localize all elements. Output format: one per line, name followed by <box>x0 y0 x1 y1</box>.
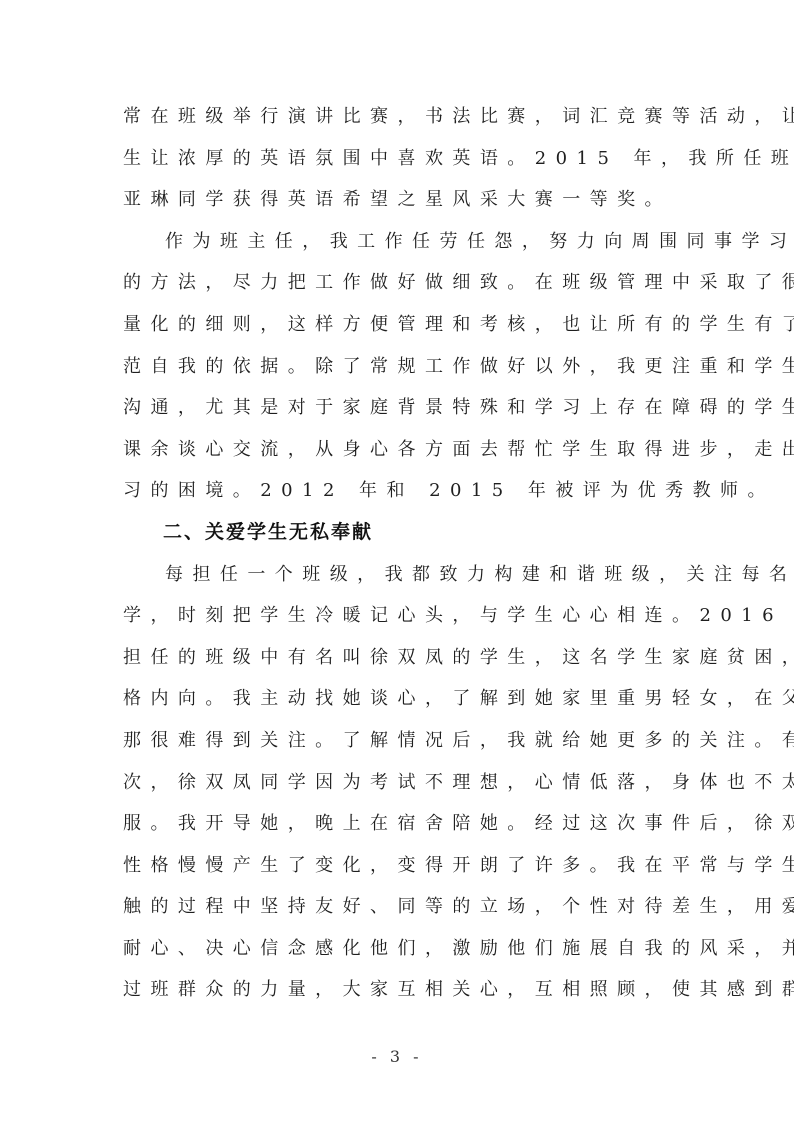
text-line: 量化的细则，这样方便管理和考核，也让所有的学生有了规 <box>123 304 683 346</box>
text-line: 课余谈心交流，从身心各方面去帮忙学生取得进步，走出学 <box>123 429 683 471</box>
text-line: 服。我开导她，晚上在宿舍陪她。经过这次事件后，徐双凤 <box>123 803 683 845</box>
text-line: 习的困境。2012 年和 2015 年被评为优秀教师。 <box>123 470 683 512</box>
text-line: 范自我的依据。除了常规工作做好以外，我更注重和学生多 <box>123 346 683 388</box>
text-line: 常在班级举行演讲比赛，书法比赛，词汇竞赛等活动，让学 <box>123 96 683 138</box>
text-line: 过班群众的力量，大家互相关心，互相照顾，使其感到群众 <box>123 969 683 1011</box>
section-heading: 二、关爱学生无私奉献 <box>123 512 683 554</box>
text-line: 生让浓厚的英语氛围中喜欢英语。2015 年，我所任班级的胡 <box>123 138 683 180</box>
text-line: 亚琳同学获得英语希望之星风采大赛一等奖。 <box>123 179 683 221</box>
text-line: 学，时刻把学生冷暖记心头，与学生心心相连。2016 年我所 <box>123 595 683 637</box>
page-number: - 3 - <box>0 1047 794 1066</box>
paragraph-start-line: 作为班主任，我工作任劳任怨，努力向周围同事学习好 <box>123 221 683 263</box>
text-line: 性格慢慢产生了变化，变得开朗了许多。我在平常与学生接 <box>123 845 683 887</box>
text-line: 耐心、决心信念感化他们，激励他们施展自我的风采，并透 <box>123 928 683 970</box>
paragraph-start-line: 每担任一个班级，我都致力构建和谐班级，关注每名同 <box>123 554 683 596</box>
text-line: 的方法，尽力把工作做好做细致。在班级管理中采取了很多 <box>123 262 683 304</box>
text-line: 担任的班级中有名叫徐双凤的学生，这名学生家庭贫困，性 <box>123 637 683 679</box>
text-line: 那很难得到关注。了解情况后，我就给她更多的关注。有一 <box>123 720 683 762</box>
text-line: 沟通，尤其是对于家庭背景特殊和学习上存在障碍的学生， <box>123 387 683 429</box>
text-line: 触的过程中坚持友好、同等的立场，个性对待差生，用爱心、 <box>123 886 683 928</box>
text-line: 次，徐双凤同学因为考试不理想，心情低落，身体也不太舒 <box>123 762 683 804</box>
document-body: 常在班级举行演讲比赛，书法比赛，词汇竞赛等活动，让学 生让浓厚的英语氛围中喜欢英… <box>123 96 683 1011</box>
document-page: 常在班级举行演讲比赛，书法比赛，词汇竞赛等活动，让学 生让浓厚的英语氛围中喜欢英… <box>0 0 794 1123</box>
text-line: 格内向。我主动找她谈心，了解到她家里重男轻女，在父母 <box>123 678 683 720</box>
